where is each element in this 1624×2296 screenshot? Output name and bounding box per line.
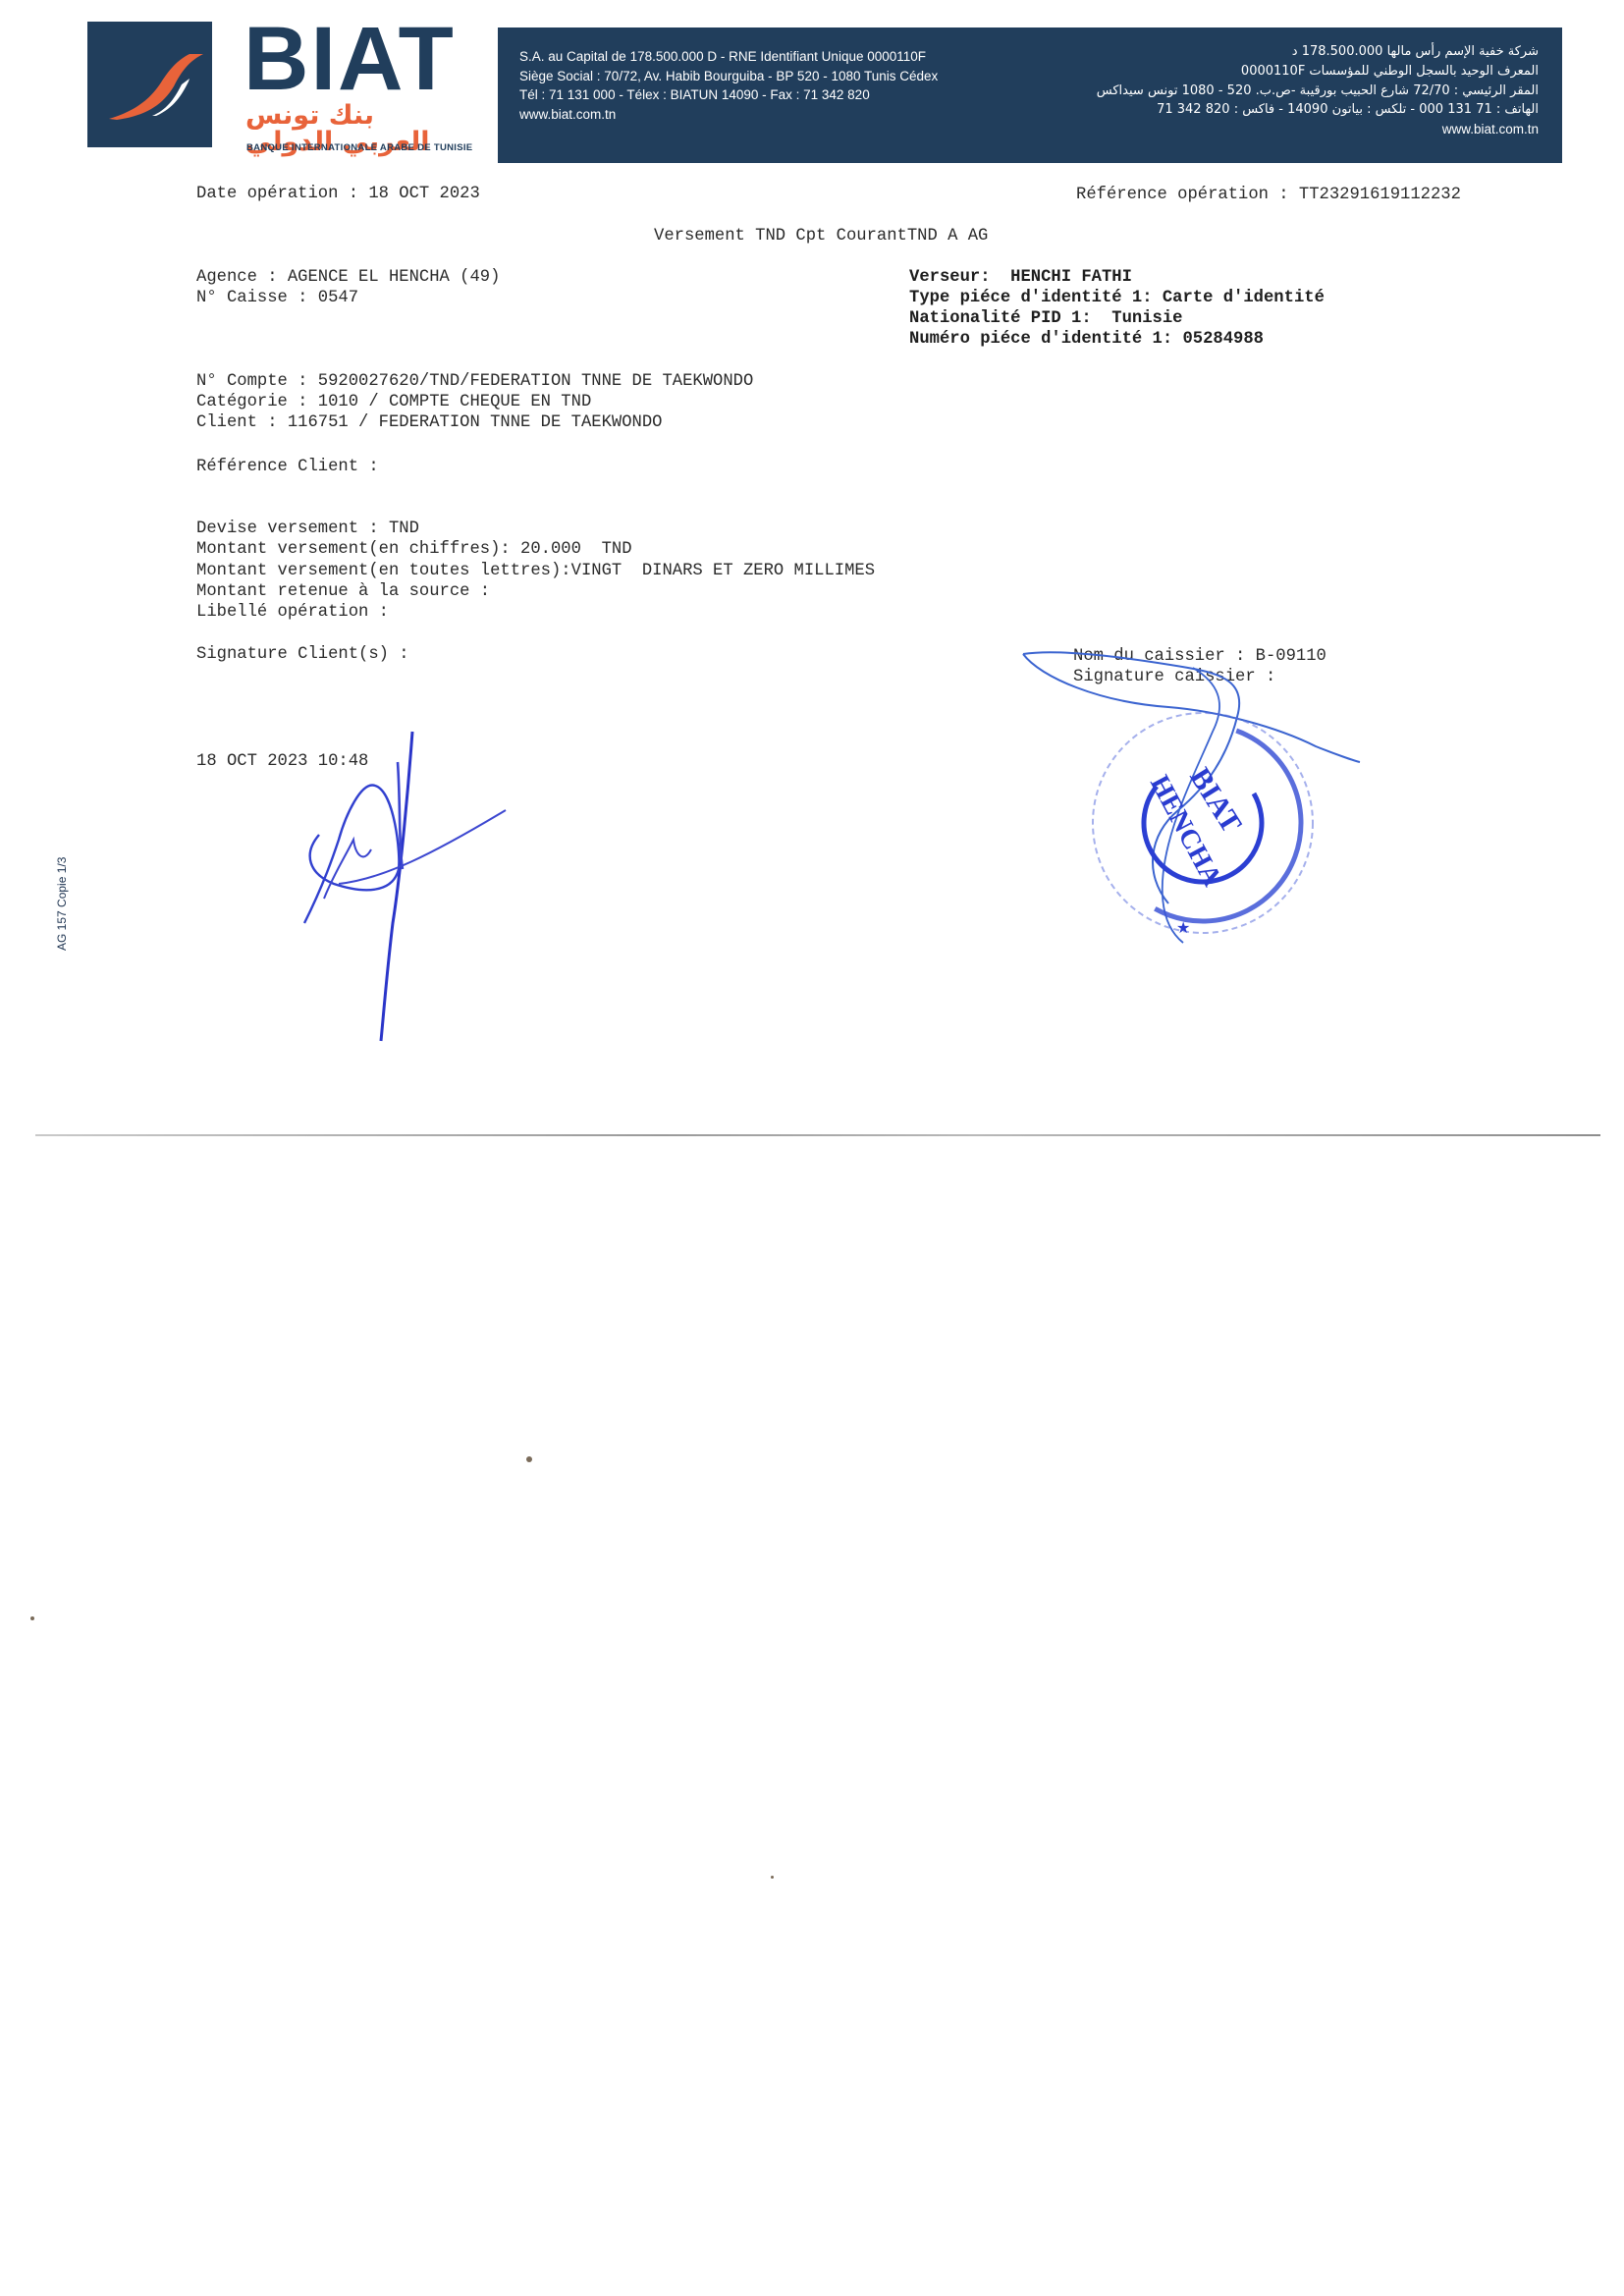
montant-lettres: Montant versement(en toutes lettres):VIN… bbox=[196, 561, 875, 581]
reference-client: Référence Client : bbox=[196, 457, 379, 477]
company-info-french: S.A. au Capital de 178.500.000 D - RNE I… bbox=[519, 47, 938, 124]
info-ar-address: المقر الرئيسي : 72/70 شارع الحبيب بورقيب… bbox=[1097, 82, 1539, 101]
wing-logo-icon bbox=[87, 22, 212, 147]
info-address: Siège Social : 70/72, Av. Habib Bourguib… bbox=[519, 67, 938, 86]
client-signature bbox=[295, 727, 520, 1051]
company-info-bar: S.A. au Capital de 178.500.000 D - RNE I… bbox=[498, 27, 1562, 163]
page-divider bbox=[35, 1134, 1600, 1136]
client: Client : 116751 / FEDERATION TNNE DE TAE… bbox=[196, 412, 662, 433]
devise-versement: Devise versement : TND bbox=[196, 519, 419, 539]
company-info-arabic: شركة خفية الإسم رأس مالها 178.500.000 د … bbox=[1097, 42, 1539, 139]
reference-operation: Référence opération : TT23291619112232 bbox=[1076, 185, 1461, 205]
biat-logo-mark bbox=[87, 22, 212, 147]
info-ar-website[interactable]: www.biat.com.tn bbox=[1097, 120, 1539, 139]
numero-caisse: N° Caisse : 0547 bbox=[196, 288, 358, 308]
info-phone: Tél : 71 131 000 - Télex : BIATUN 14090 … bbox=[519, 85, 938, 105]
verseur: Verseur: HENCHI FATHI bbox=[909, 267, 1132, 288]
signature-client-label: Signature Client(s) : bbox=[196, 644, 409, 665]
info-ar-rne: المعرف الوحيد بالسجل الوطني للمؤسسات 000… bbox=[1097, 62, 1539, 82]
info-ar-phone: الهاتف : 71 131 000 - تلكس : بياتون 1409… bbox=[1097, 100, 1539, 120]
operation-title: Versement TND Cpt CourantTND A AG bbox=[654, 226, 988, 246]
agence: Agence : AGENCE EL HENCHA (49) bbox=[196, 267, 500, 288]
form-code: AG 157 Copie 1/3 bbox=[55, 857, 69, 951]
info-capital: S.A. au Capital de 178.500.000 D - RNE I… bbox=[519, 47, 938, 67]
categorie: Catégorie : 1010 / COMPTE CHEQUE EN TND bbox=[196, 392, 591, 412]
info-website[interactable]: www.biat.com.tn bbox=[519, 105, 938, 125]
brand-subtitle: BANQUE INTERNATIONALE ARABE DE TUNISIE bbox=[246, 142, 472, 153]
montant-chiffres: Montant versement(en chiffres): 20.000 T… bbox=[196, 539, 632, 560]
brand-name: BIAT bbox=[244, 14, 456, 104]
info-ar-capital: شركة خفية الإسم رأس مالها 178.500.000 د bbox=[1097, 42, 1539, 62]
numero-piece-identite: Numéro piéce d'identité 1: 05284988 bbox=[909, 329, 1264, 350]
montant-retenue: Montant retenue à la source : bbox=[196, 581, 490, 602]
svg-text:★: ★ bbox=[1176, 920, 1190, 937]
libelle-operation: Libellé opération : bbox=[196, 602, 389, 623]
paper-speck bbox=[30, 1616, 34, 1620]
date-operation: Date opération : 18 OCT 2023 bbox=[196, 184, 480, 204]
type-piece-identite: Type piéce d'identité 1: Carte d'identit… bbox=[909, 288, 1325, 308]
bank-stamp: BIAT HENCHA ★ bbox=[1021, 638, 1375, 962]
paper-speck bbox=[526, 1456, 532, 1462]
numero-compte: N° Compte : 5920027620/TND/FEDERATION TN… bbox=[196, 371, 753, 392]
nationalite: Nationalité PID 1: Tunisie bbox=[909, 308, 1182, 329]
paper-speck bbox=[771, 1876, 774, 1879]
